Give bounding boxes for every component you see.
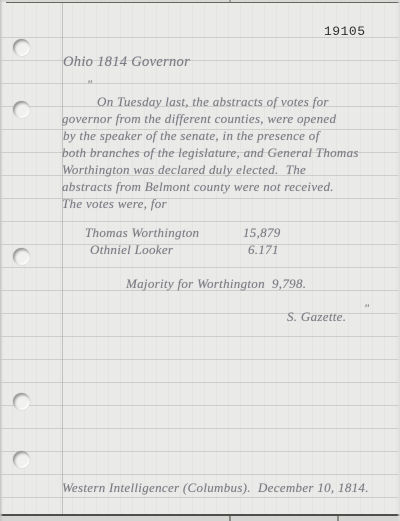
body-line: governor from the different counties, we… (62, 110, 336, 127)
body-line: Worthington was declared duly elected. T… (62, 161, 306, 178)
page-edge-tick (337, 516, 339, 521)
body-line: abstracts from Belmont county were not r… (62, 178, 334, 195)
source-attribution: S. Gazette. (287, 308, 346, 325)
candidate-votes: 15,879 (243, 224, 281, 241)
body-line: The votes were, for (62, 195, 167, 212)
closing-quote-mark: " (364, 300, 369, 317)
punch-hole (13, 248, 30, 265)
citation-line: Western Intelligencer (Columbus). Decemb… (62, 479, 369, 496)
page-edge-tick (229, 0, 231, 2)
punch-hole (13, 39, 30, 56)
catalog-number-stamp: 19105 (324, 24, 366, 39)
body-line: On Tuesday last, the abstracts of votes … (97, 93, 329, 110)
candidate-name: Othniel Looker (90, 241, 173, 258)
candidate-name: Thomas Worthington (85, 224, 199, 241)
majority-line: Majority for Worthington 9,798. (126, 275, 306, 292)
opening-quote-mark: " (87, 76, 92, 93)
punch-hole (13, 393, 30, 410)
paper-top-edge (6, 2, 400, 3)
page-title: Ohio 1814 Governor (63, 54, 190, 71)
punch-hole (13, 451, 30, 468)
document-page: 19105 Ohio 1814 Governor " On Tuesday la… (0, 0, 400, 521)
margin-rule-line (62, 3, 63, 514)
punch-hole (13, 101, 30, 118)
body-line: both branches of the legislature, and Ge… (62, 144, 359, 161)
candidate-votes: 6.171 (248, 241, 279, 258)
scan-bottom-strip (0, 516, 400, 521)
page-edge-tick (229, 516, 231, 521)
scan-left-edge (0, 0, 3, 521)
body-line: by the speaker of the senate, in the pre… (63, 127, 320, 144)
